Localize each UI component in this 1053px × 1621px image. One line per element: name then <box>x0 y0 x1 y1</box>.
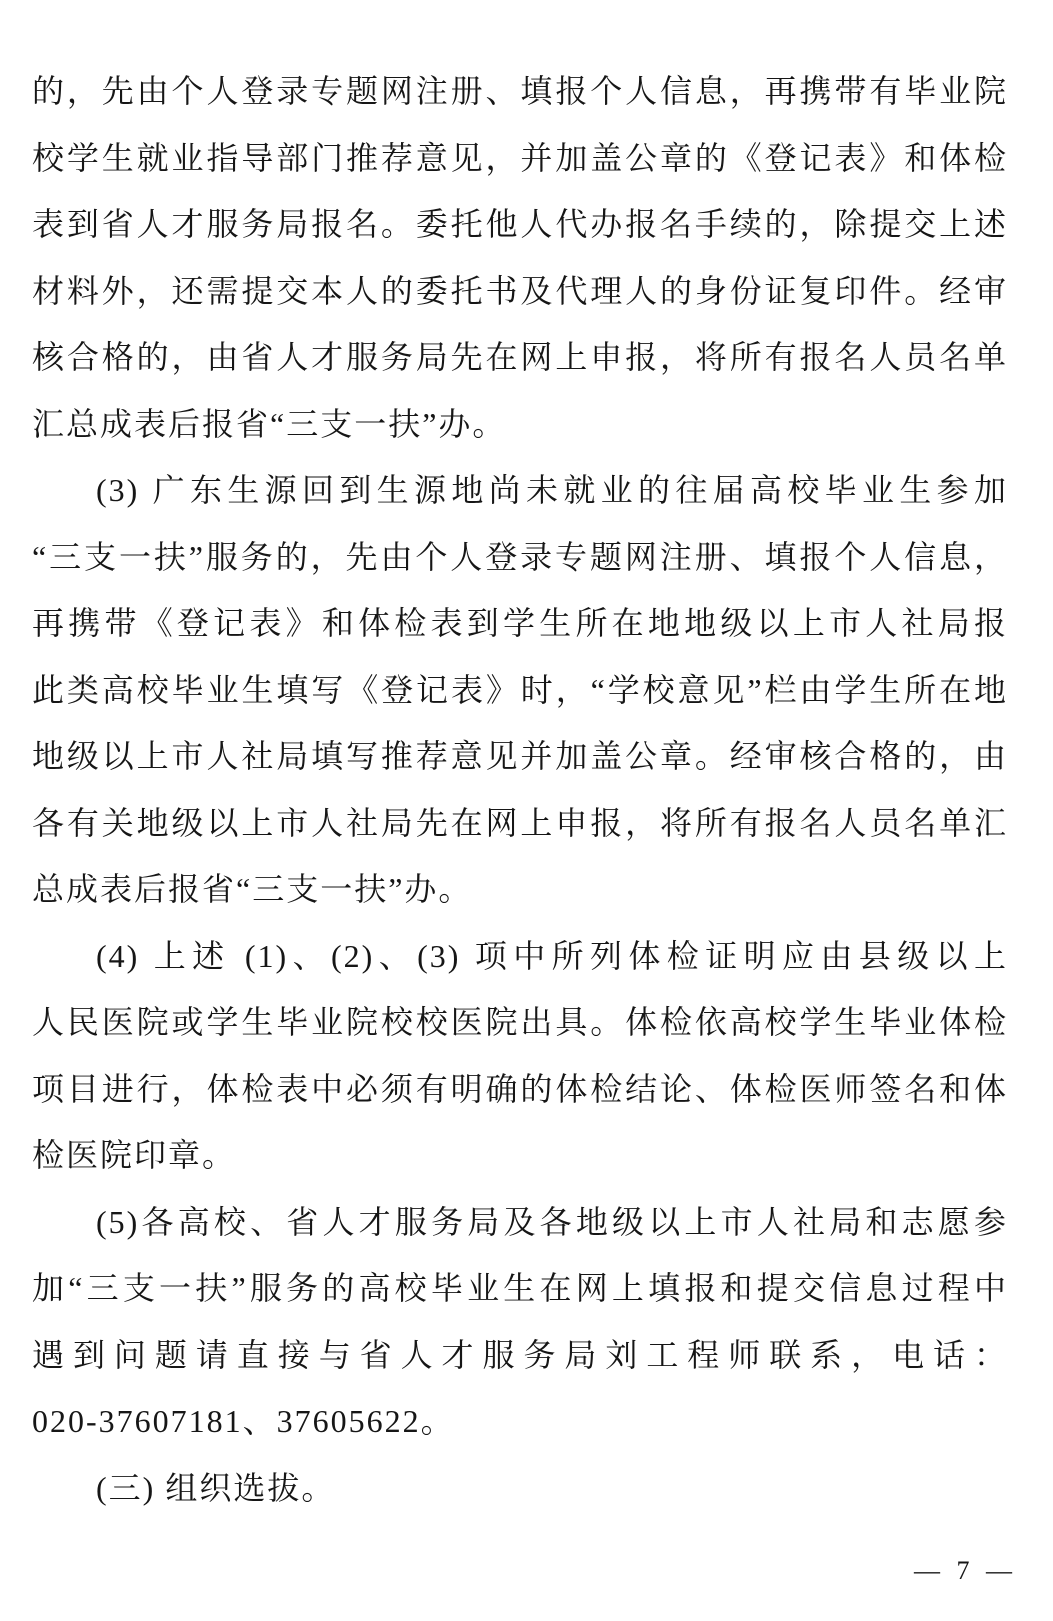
text-line: 总成表后报省“三支一扶”办。 <box>32 856 1008 923</box>
text-line: 再携带《登记表》和体检表到学生所在地地级以上市人社局报名。 <box>32 590 1008 657</box>
text-line: (3) 广东生源回到生源地尚未就业的往届高校毕业生参加 <box>32 457 1008 524</box>
text-line: 各有关地级以上市人社局先在网上申报，将所有报名人员名单汇 <box>32 790 1008 857</box>
text-line: 检医院印章。 <box>32 1122 1008 1189</box>
text-line: 的，先由个人登录专题网注册、填报个人信息，再携带有毕业院 <box>32 58 1008 125</box>
document-page: 的，先由个人登录专题网注册、填报个人信息，再携带有毕业院 校学生就业指导部门推荐… <box>0 0 1053 1621</box>
text-line: 加“三支一扶”服务的高校毕业生在网上填报和提交信息过程中 <box>32 1255 1008 1322</box>
text-line: 表到省人才服务局报名。委托他人代办报名手续的，除提交上述 <box>32 191 1008 258</box>
document-body: 的，先由个人登录专题网注册、填报个人信息，再携带有毕业院 校学生就业指导部门推荐… <box>32 58 1008 1521</box>
page-number: — 7 — <box>914 1556 1017 1586</box>
text-line: (三) 组织选拔。 <box>32 1455 1008 1522</box>
text-line: (5)各高校、省人才服务局及各地级以上市人社局和志愿参 <box>32 1189 1008 1256</box>
text-line: “三支一扶”服务的，先由个人登录专题网注册、填报个人信息， <box>32 524 1008 591</box>
text-line: 人民医院或学生毕业院校校医院出具。体检依高校学生毕业体检 <box>32 989 1008 1056</box>
text-line: 汇总成表后报省“三支一扶”办。 <box>32 391 1008 458</box>
text-line: 核合格的，由省人才服务局先在网上申报，将所有报名人员名单 <box>32 324 1008 391</box>
text-line: 项目进行，体检表中必须有明确的体检结论、体检医师签名和体 <box>32 1056 1008 1123</box>
text-line: 校学生就业指导部门推荐意见，并加盖公章的《登记表》和体检 <box>32 125 1008 192</box>
text-line: 此类高校毕业生填写《登记表》时，“学校意见”栏由学生所在地 <box>32 657 1008 724</box>
text-line: (4) 上述 (1)、(2)、(3) 项中所列体检证明应由县级以上 <box>32 923 1008 990</box>
text-line: 地级以上市人社局填写推荐意见并加盖公章。经审核合格的，由 <box>32 723 1008 790</box>
text-line: 020-37607181、37605622。 <box>32 1388 1008 1455</box>
text-line: 遇到问题请直接与省人才服务局刘工程师联系，电话： <box>32 1322 1008 1389</box>
text-line: 材料外，还需提交本人的委托书及代理人的身份证复印件。经审 <box>32 258 1008 325</box>
